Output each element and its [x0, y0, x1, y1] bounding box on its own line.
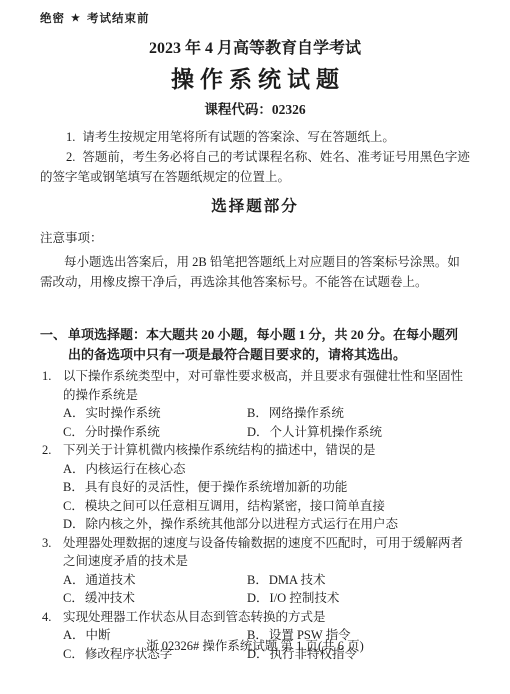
- option-label: B．: [63, 480, 84, 494]
- option-c: C．模块之间可以任意相互调用，结构紧密，接口简单直接: [63, 497, 470, 516]
- instruction-item: 1.请考生按规定用笔将所有试题的答案涂、写在答题纸上。: [40, 127, 470, 147]
- option-label: C．: [63, 425, 84, 439]
- option-d: D．除内核之外，操作系统其他部分以进程方式运行在用户态: [63, 515, 470, 534]
- instructions: 1.请考生按规定用笔将所有试题的答案涂、写在答题纸上。 2.答题前，考生务必将自…: [40, 127, 470, 187]
- section-heading: 选择题部分: [40, 194, 470, 216]
- notice-block: 注意事项： 每小题选出答案后，用 2B 铅笔把答题纸上对应题目的答案标号涂黑。如…: [40, 228, 470, 292]
- option-label: C．: [63, 499, 84, 513]
- question-number: 2.: [40, 441, 63, 460]
- option-label: C．: [63, 591, 84, 605]
- secrecy-line: 绝密★考试结束前: [40, 10, 470, 26]
- option-label: A．: [63, 573, 85, 587]
- part-number: 一、: [40, 325, 68, 365]
- course-code: 课程代码：02326: [40, 98, 470, 118]
- option-label: D．: [63, 517, 85, 531]
- exam-phase-label: 考试结束前: [87, 13, 150, 25]
- question-2: 2. 下列关于计算机微内核操作系统结构的描述中，错误的是 A．内核运行在核心态 …: [40, 441, 470, 534]
- option-text: 实时操作系统: [86, 406, 161, 420]
- question-options: A．内核运行在核心态 B．具有良好的灵活性，便于操作系统增加新的功能 C．模块之…: [63, 460, 470, 534]
- instruction-text: 请考生按规定用笔将所有试题的答案涂、写在答题纸上。: [82, 130, 395, 144]
- option-label: A．: [63, 462, 85, 476]
- option-d: D．个人计算机操作系统: [247, 423, 470, 442]
- option-a: A．通道技术: [63, 571, 247, 590]
- question-stem: 处理器处理数据的速度与设备传输数据的速度不匹配时，可用于缓解两者之间速度矛盾的技…: [63, 534, 470, 571]
- classification-label: 绝密: [40, 13, 65, 25]
- option-label: D．: [247, 425, 269, 439]
- part-heading-text: 单项选择题：本大题共 20 小题，每小题 1 分，共 20 分。在每小题列出的备…: [68, 325, 470, 365]
- question-number: 1.: [40, 367, 63, 404]
- page-footer: 浙 02326# 操作系统试题 第 1 页(共 6 页): [0, 636, 510, 654]
- question-stem: 以下操作系统类型中，对可靠性要求极高，并且要求有强健壮性和坚固性的操作系统是: [63, 367, 470, 404]
- question-stem: 实现处理器工作状态从目态到管态转换的方式是: [63, 608, 470, 627]
- option-label: A．: [63, 406, 85, 420]
- option-text: 通道技术: [86, 573, 136, 587]
- option-label: D．: [247, 591, 269, 605]
- paper-title: 操作系统试题: [40, 61, 470, 94]
- option-text: 除内核之外，操作系统其他部分以进程方式运行在用户态: [86, 517, 399, 531]
- option-text: 网络操作系统: [269, 406, 344, 420]
- option-text: 分时操作系统: [85, 425, 160, 439]
- option-d: D．I/O 控制技术: [247, 589, 470, 608]
- option-label: B．: [247, 573, 268, 587]
- part-one-heading: 一、 单项选择题：本大题共 20 小题，每小题 1 分，共 20 分。在每小题列…: [40, 325, 470, 365]
- instruction-number: 2.: [66, 150, 75, 164]
- question-list: 1. 以下操作系统类型中，对可靠性要求极高，并且要求有强健壮性和坚固性的操作系统…: [40, 367, 470, 663]
- question-stem-row: 2. 下列关于计算机微内核操作系统结构的描述中，错误的是: [40, 441, 470, 460]
- question-options: A．通道技术 B．DMA 技术 C．缓冲技术 D．I/O 控制技术: [63, 571, 470, 608]
- option-b: B．DMA 技术: [247, 571, 470, 590]
- option-c: C．分时操作系统: [63, 423, 247, 442]
- option-b: B．具有良好的灵活性，便于操作系统增加新的功能: [63, 478, 470, 497]
- exam-session-title: 2023 年 4 月高等教育自学考试: [40, 35, 470, 58]
- question-1: 1. 以下操作系统类型中，对可靠性要求极高，并且要求有强健壮性和坚固性的操作系统…: [40, 367, 470, 441]
- notice-body: 每小题选出答案后，用 2B 铅笔把答题纸上对应题目的答案标号涂黑。如需改动，用橡…: [40, 252, 470, 292]
- option-text: 模块之间可以任意相互调用，结构紧密，接口简单直接: [85, 499, 385, 513]
- question-stem-row: 1. 以下操作系统类型中，对可靠性要求极高，并且要求有强健壮性和坚固性的操作系统…: [40, 367, 470, 404]
- option-label: B．: [247, 406, 268, 420]
- question-stem: 下列关于计算机微内核操作系统结构的描述中，错误的是: [63, 441, 470, 460]
- question-number: 3.: [40, 534, 63, 571]
- option-text: DMA 技术: [269, 573, 326, 587]
- question-stem-row: 4. 实现处理器工作状态从目态到管态转换的方式是: [40, 608, 470, 627]
- option-b: B．网络操作系统: [247, 404, 470, 423]
- question-options: A．实时操作系统 B．网络操作系统 C．分时操作系统 D．个人计算机操作系统: [63, 404, 470, 441]
- star-icon: ★: [71, 13, 81, 24]
- option-c: C．缓冲技术: [63, 589, 247, 608]
- question-3: 3. 处理器处理数据的速度与设备传输数据的速度不匹配时，可用于缓解两者之间速度矛…: [40, 534, 470, 608]
- option-a: A．实时操作系统: [63, 404, 247, 423]
- question-number: 4.: [40, 608, 63, 627]
- exam-paper-page: 绝密★考试结束前 2023 年 4 月高等教育自学考试 操作系统试题 课程代码：…: [0, 0, 510, 694]
- instruction-number: 1.: [66, 130, 75, 144]
- option-text: 内核运行在核心态: [86, 462, 186, 476]
- instruction-text: 答题前，考生务必将自己的考试课程名称、姓名、准考证号用黑色字迹的签字笔或钢笔填写…: [40, 150, 470, 184]
- option-a: A．内核运行在核心态: [63, 460, 470, 479]
- instruction-item: 2.答题前，考生务必将自己的考试课程名称、姓名、准考证号用黑色字迹的签字笔或钢笔…: [40, 147, 470, 187]
- option-text: 个人计算机操作系统: [270, 425, 383, 439]
- option-text: 缓冲技术: [85, 591, 135, 605]
- option-text: 具有良好的灵活性，便于操作系统增加新的功能: [85, 480, 348, 494]
- notice-title: 注意事项：: [40, 228, 470, 248]
- option-text: I/O 控制技术: [270, 591, 340, 605]
- question-stem-row: 3. 处理器处理数据的速度与设备传输数据的速度不匹配时，可用于缓解两者之间速度矛…: [40, 534, 470, 571]
